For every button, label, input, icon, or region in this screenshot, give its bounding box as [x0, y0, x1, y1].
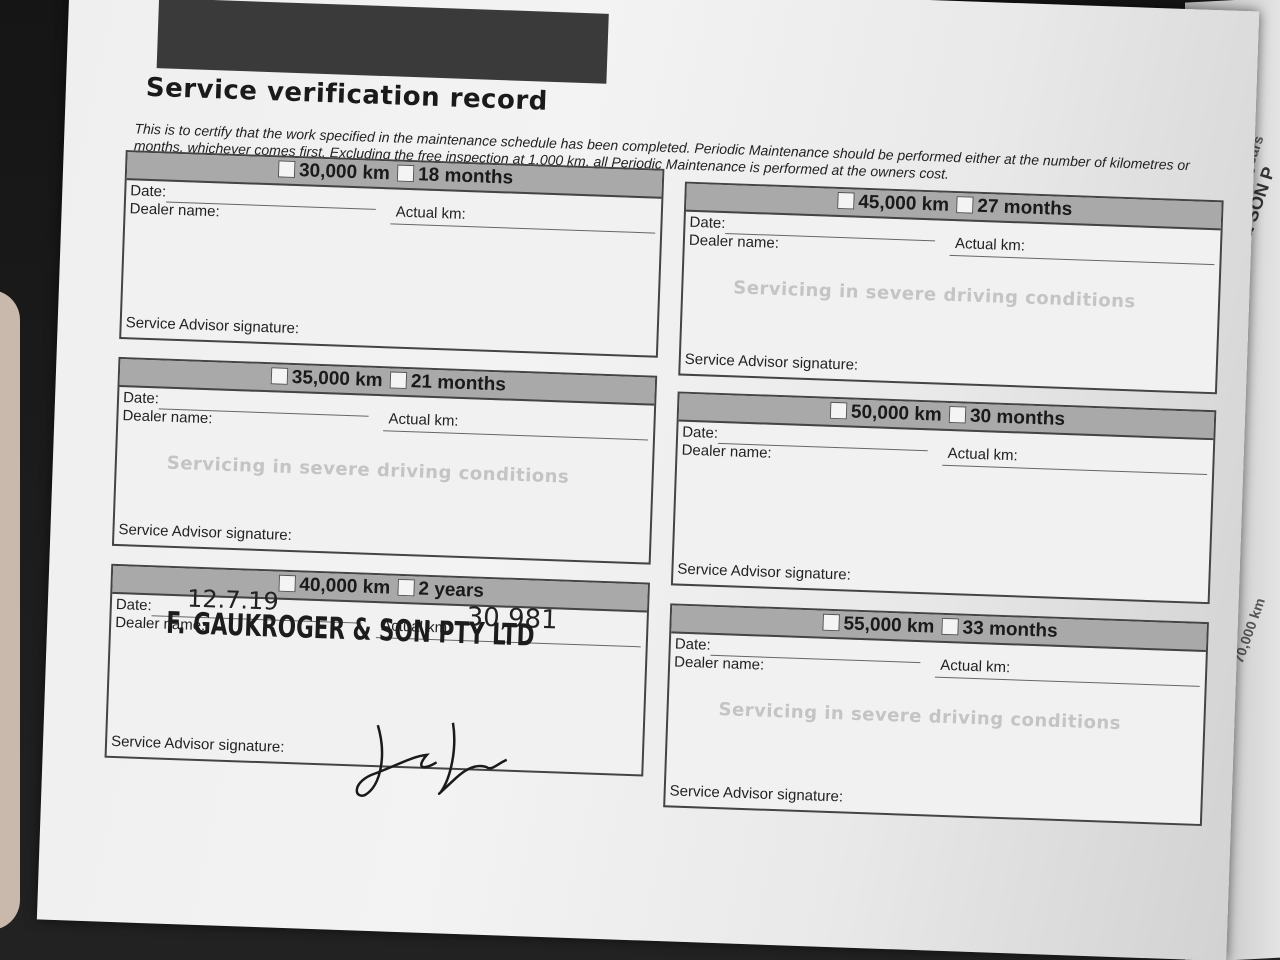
km-label: 55,000 km [843, 613, 935, 637]
handwritten-signature [355, 715, 578, 813]
dealer-label: Dealer name: [122, 407, 213, 427]
date-label: Date: [130, 182, 166, 200]
km-line [383, 430, 648, 440]
date-label: Date: [682, 424, 718, 442]
actual-km-label: Actual km: [940, 657, 1011, 676]
severe-conditions-note: Servicing in severe driving conditions [166, 453, 569, 488]
km-line [935, 677, 1200, 687]
period-label: 2 years [418, 579, 484, 602]
period-label: 21 months [411, 371, 507, 395]
km-checkbox[interactable] [822, 614, 840, 632]
period-checkbox[interactable] [956, 196, 974, 214]
km-label: 40,000 km [299, 574, 391, 598]
km-line [942, 465, 1207, 475]
km-label: 45,000 km [858, 192, 950, 216]
hand [0, 290, 20, 930]
dealer-label: Dealer name: [129, 200, 220, 220]
period-label: 27 months [977, 196, 1073, 220]
signature-label: Service Advisor signature: [118, 521, 292, 544]
actual-km-label: Actual km: [388, 410, 459, 429]
km-checkbox[interactable] [830, 402, 848, 420]
date-label: Date: [116, 596, 152, 614]
date-label: Date: [123, 389, 159, 407]
date-label: Date: [689, 214, 725, 232]
period-label: 18 months [418, 164, 514, 188]
actual-km-label: Actual km: [955, 235, 1026, 254]
period-label: 33 months [962, 618, 1058, 642]
record-45000: 45,000 km 27 months Date: Dealer name: A… [678, 182, 1223, 395]
period-checkbox[interactable] [390, 371, 408, 389]
signature-label: Service Advisor signature: [669, 782, 843, 805]
service-booklet-page: Service verification record This is to c… [37, 0, 1259, 960]
record-50000: 50,000 km 30 months Date: Dealer name: A… [671, 391, 1216, 604]
period-label: 30 months [970, 406, 1066, 430]
dealer-label: Dealer name: [681, 442, 772, 462]
signature-label: Service Advisor signature: [677, 561, 851, 584]
dealer-label: Dealer name: [674, 654, 765, 674]
km-checkbox[interactable] [278, 160, 296, 178]
record-30000: 30,000 km 18 months Date: Dealer name: A… [119, 150, 664, 358]
actual-km-label: Actual km: [947, 445, 1018, 464]
record-35000: 35,000 km 21 months Date: Dealer name: A… [112, 357, 657, 565]
actual-km-label: Actual km: [395, 204, 466, 223]
period-checkbox[interactable] [397, 165, 415, 183]
record-55000: 55,000 km 33 months Date: Dealer name: A… [663, 603, 1209, 826]
km-label: 50,000 km [851, 402, 943, 426]
severe-conditions-note: Servicing in severe driving conditions [718, 699, 1121, 734]
date-label: Date: [675, 636, 711, 654]
period-checkbox[interactable] [941, 618, 959, 636]
dealer-label: Dealer name: [689, 232, 780, 252]
km-line [950, 255, 1215, 265]
km-checkbox[interactable] [271, 367, 289, 385]
signature-label: Service Advisor signature: [111, 733, 285, 756]
km-label: 30,000 km [299, 160, 391, 184]
signature-label: Service Advisor signature: [125, 314, 299, 337]
signature-label: Service Advisor signature: [684, 351, 858, 374]
record-40000: 40,000 km 2 years Date: Dealer name: Act… [105, 564, 650, 777]
header-bar [157, 0, 609, 84]
km-label: 35,000 km [291, 367, 383, 391]
period-checkbox[interactable] [949, 406, 967, 424]
km-checkbox[interactable] [837, 192, 855, 210]
km-checkbox[interactable] [278, 575, 296, 593]
period-checkbox[interactable] [397, 579, 415, 597]
severe-conditions-note: Servicing in severe driving conditions [733, 277, 1136, 312]
km-line [390, 223, 655, 233]
